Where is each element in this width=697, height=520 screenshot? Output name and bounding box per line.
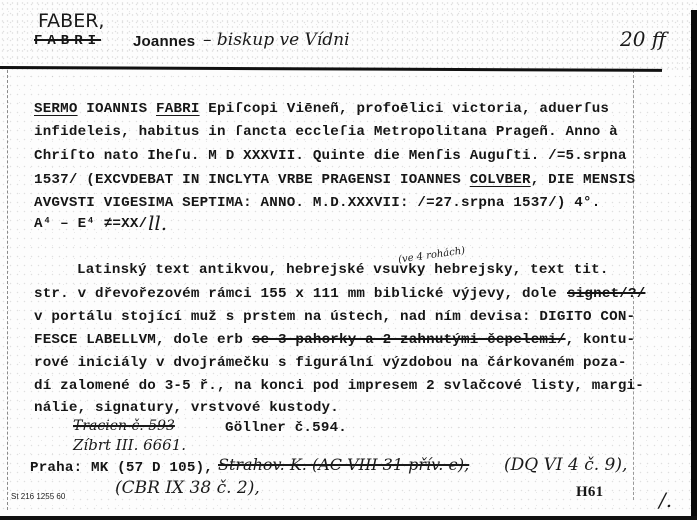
holdings-handwritten-1: (DQ VI 4 č. 9), — [504, 455, 627, 475]
title-word-fabri: FABRI — [156, 101, 200, 117]
desc-line-3: v portálu stojící muž s prstem na ústech… — [34, 309, 635, 325]
title-word-sermo: SERMO — [34, 101, 78, 117]
imprint-text: , DIE MENSIS — [531, 172, 636, 188]
desc-line-2: str. v dřevořezovém rámci 155 x 111 mm b… — [34, 286, 557, 302]
heading-forename: Joannes — [133, 33, 195, 50]
ref-struck-handwritten: Tracien č. 593 — [73, 418, 175, 434]
title-line-4: 1537/ (EXCVDEBAT IN INCLYTA VRBE PRAGENS… — [34, 172, 635, 188]
desc-line-6: dí zalomené do 3-5 ř., na konci pod impr… — [34, 378, 644, 394]
desc-line-5: rové iniciály v dvojrámečku s figurální … — [34, 355, 627, 371]
left-margin-rule — [7, 70, 9, 510]
desc-line-1: Latinský text antikvou, hebrejské vsuvky… — [77, 262, 609, 278]
desc-line-4: FESCE LABELLVM, dole erb se 3 pahorky a … — [34, 332, 635, 348]
desc-struck-1: signet/?/ — [567, 286, 645, 302]
desc-text: , kontu- — [566, 332, 636, 348]
holdings-struck: Strahov. K. (AC VIII 31 přív. e), — [218, 455, 469, 474]
collation: A⁴ – E⁴ ≠=XX/ — [34, 216, 147, 232]
catalog-card: FABER, FABRI Joannes – biskup ve Vídni 2… — [0, 0, 697, 520]
handwritten-surname: FABER, — [38, 10, 104, 32]
struck-surname: FABRI — [34, 33, 101, 49]
printer-name: COLVBER — [470, 172, 531, 188]
title-line-1: SERMO IOANNIS FABRI Epiſcopi Viēneñ, pro… — [34, 101, 609, 117]
card-bottom-edge — [0, 516, 697, 520]
print-code: St 216 1255 60 — [11, 492, 65, 501]
card-right-edge — [691, 10, 697, 520]
corner-mark: /. — [659, 488, 672, 512]
right-margin-rule — [633, 70, 635, 500]
holdings-handwritten-2: (CBR IX 38 č. 2), — [115, 478, 260, 498]
handwritten-leaf-count: 20 ff — [620, 27, 666, 51]
title-text: IOANNIS — [78, 101, 156, 117]
holdings-label: Praha: MK (57 D 105), — [30, 460, 213, 476]
ref-gollner: Göllner č.594. — [225, 420, 347, 436]
title-line-3: Chriſto nato Iheſu. M D XXXVII. Quinte d… — [34, 148, 627, 164]
title-text: Epiſcopi Viēneñ, profoēlici victoria, ad… — [200, 101, 610, 117]
title-line-2: infideleis, habitus in ſancta eccleſia M… — [34, 124, 618, 140]
desc-line-7: nálie, signatury, vrstvové kustody. — [34, 400, 339, 416]
ref-zibrt: Zíbrt III. 6661. — [73, 436, 186, 454]
desc-text: FESCE LABELLVM, dole erb — [34, 332, 243, 348]
holdings-code: H61 — [576, 484, 603, 501]
handwritten-role: – biskup ve Vídni — [203, 30, 350, 50]
desc-struck-2: se 3 pahorky a 2 zahnutými čepelemi/ — [252, 332, 566, 348]
title-line-5: AVGVSTI VIGESIMA SEPTIMA: ANNO. M.D.XXXV… — [34, 195, 600, 211]
imprint-text: 1537/ (EXCVDEBAT IN INCLYTA VRBE PRAGENS… — [34, 172, 470, 188]
collation-handwritten: ll. — [148, 211, 167, 235]
